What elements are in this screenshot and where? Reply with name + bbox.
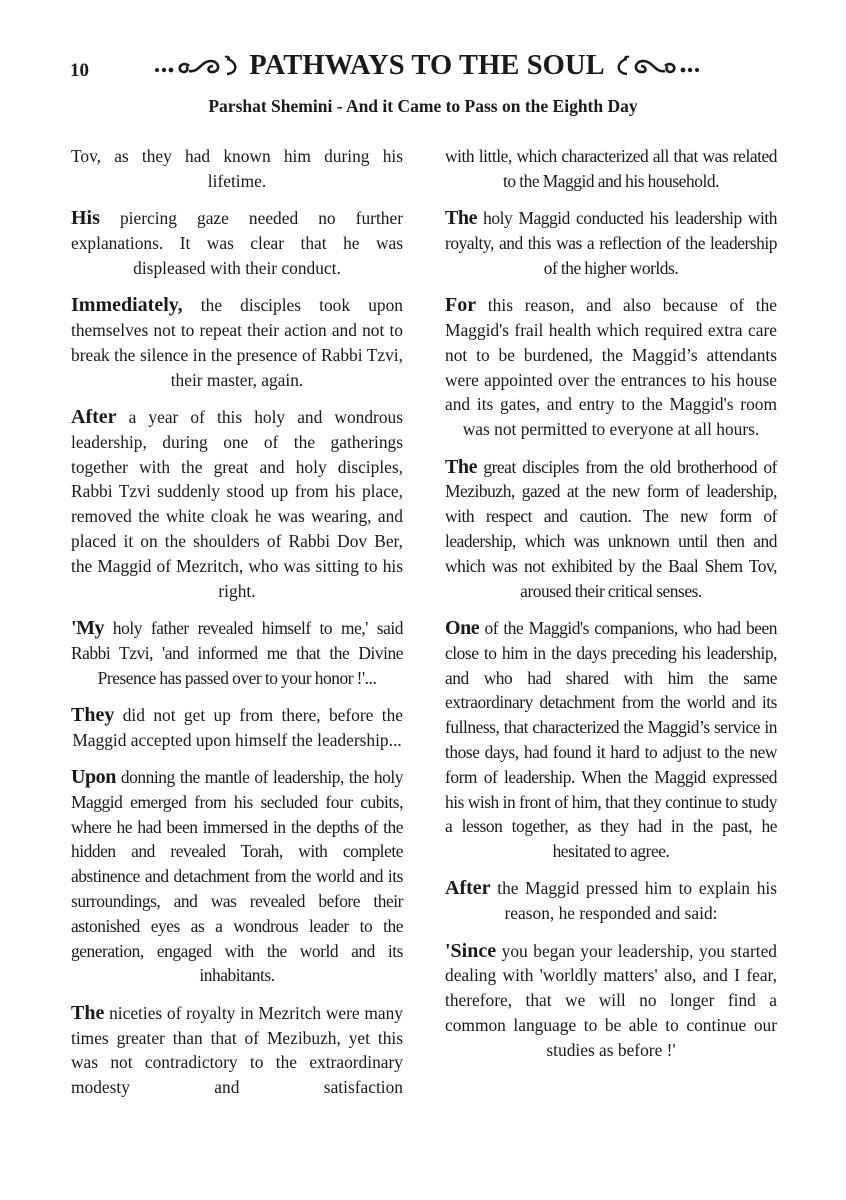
scroll-ornament-left-icon [153, 55, 243, 77]
paragraph-text: great disciples from the old brotherhood… [445, 457, 777, 601]
paragraph-lead-word: Immediately, [71, 294, 183, 316]
paragraph: The great disciples from the old brother… [445, 455, 777, 604]
paragraph-text: Tov, as they had known him during his li… [71, 146, 403, 191]
paragraph-text: holy Maggid conducted his leadership wit… [445, 208, 777, 278]
paragraph-lead-word: For [445, 294, 476, 316]
paragraph-lead-word: One [445, 617, 479, 639]
paragraph-lead-word: After [71, 406, 117, 428]
paragraph-text: this reason, and also because of the Mag… [445, 295, 777, 439]
publication-title: PATHWAYS TO THE SOUL [249, 50, 604, 82]
left-column: Tov, as they had known him during his li… [71, 144, 403, 1113]
paragraph: with little, which characterized all tha… [445, 144, 777, 194]
paragraph-lead-word: 'My [71, 617, 104, 639]
paragraph-text: the Maggid pressed him to explain his re… [491, 878, 777, 923]
paragraph: They did not get up from there, before t… [71, 703, 403, 753]
paragraph: 'My holy father revealed himself to me,'… [71, 616, 403, 690]
paragraph: 'Since you began your leadership, you st… [445, 939, 777, 1063]
paragraph-lead-word: Upon [71, 766, 116, 788]
paragraph: One of the Maggid's companions, who had … [445, 616, 777, 864]
paragraph-lead-word: After [445, 877, 491, 899]
paragraph-text: piercing gaze needed no further explanat… [71, 208, 403, 278]
paragraph: His piercing gaze needed no further expl… [71, 206, 403, 280]
paragraph-text: donning the mantle of leadership, the ho… [71, 767, 403, 985]
paragraph-text: with little, which characterized all tha… [445, 146, 777, 191]
paragraph-text: of the Maggid's companions, who had been… [445, 618, 777, 861]
paragraph-lead-word: They [71, 704, 114, 726]
paragraph-lead-word: The [445, 456, 477, 478]
paragraph: Tov, as they had known him during his li… [71, 144, 403, 194]
running-header: PATHWAYS TO THE SOUL [0, 50, 846, 82]
paragraph-lead-word: The [71, 1002, 104, 1024]
paragraph: Immediately, the disciples took upon the… [71, 293, 403, 392]
paragraph: After a year of this holy and wondrous l… [71, 405, 403, 603]
paragraph: For this reason, and also because of the… [445, 293, 777, 442]
paragraph-text: holy father revealed himself to me,' sai… [71, 618, 403, 688]
right-column: with little, which characterized all tha… [445, 144, 777, 1075]
header-title-row: PATHWAYS TO THE SOUL [8, 50, 846, 82]
paragraph-text: did not get up from there, before the Ma… [72, 705, 403, 750]
paragraph-lead-word: 'Since [445, 940, 496, 962]
paragraph-lead-word: The [445, 207, 477, 229]
chapter-subtitle: Parshat Shemini - And it Came to Pass on… [0, 96, 846, 117]
paragraph: After the Maggid pressed him to explain … [445, 876, 777, 926]
paragraph-text: niceties of royalty in Mezritch were man… [71, 1003, 403, 1097]
scroll-ornament-right-icon [611, 55, 701, 77]
paragraph: The niceties of royalty in Mezritch were… [71, 1001, 403, 1100]
paragraph-lead-word: His [71, 207, 100, 229]
paragraph: The holy Maggid conducted his leadership… [445, 206, 777, 280]
paragraph-text: a year of this holy and wondrous leaders… [71, 407, 403, 601]
paragraph: Upon donning the mantle of leadership, t… [71, 765, 403, 988]
